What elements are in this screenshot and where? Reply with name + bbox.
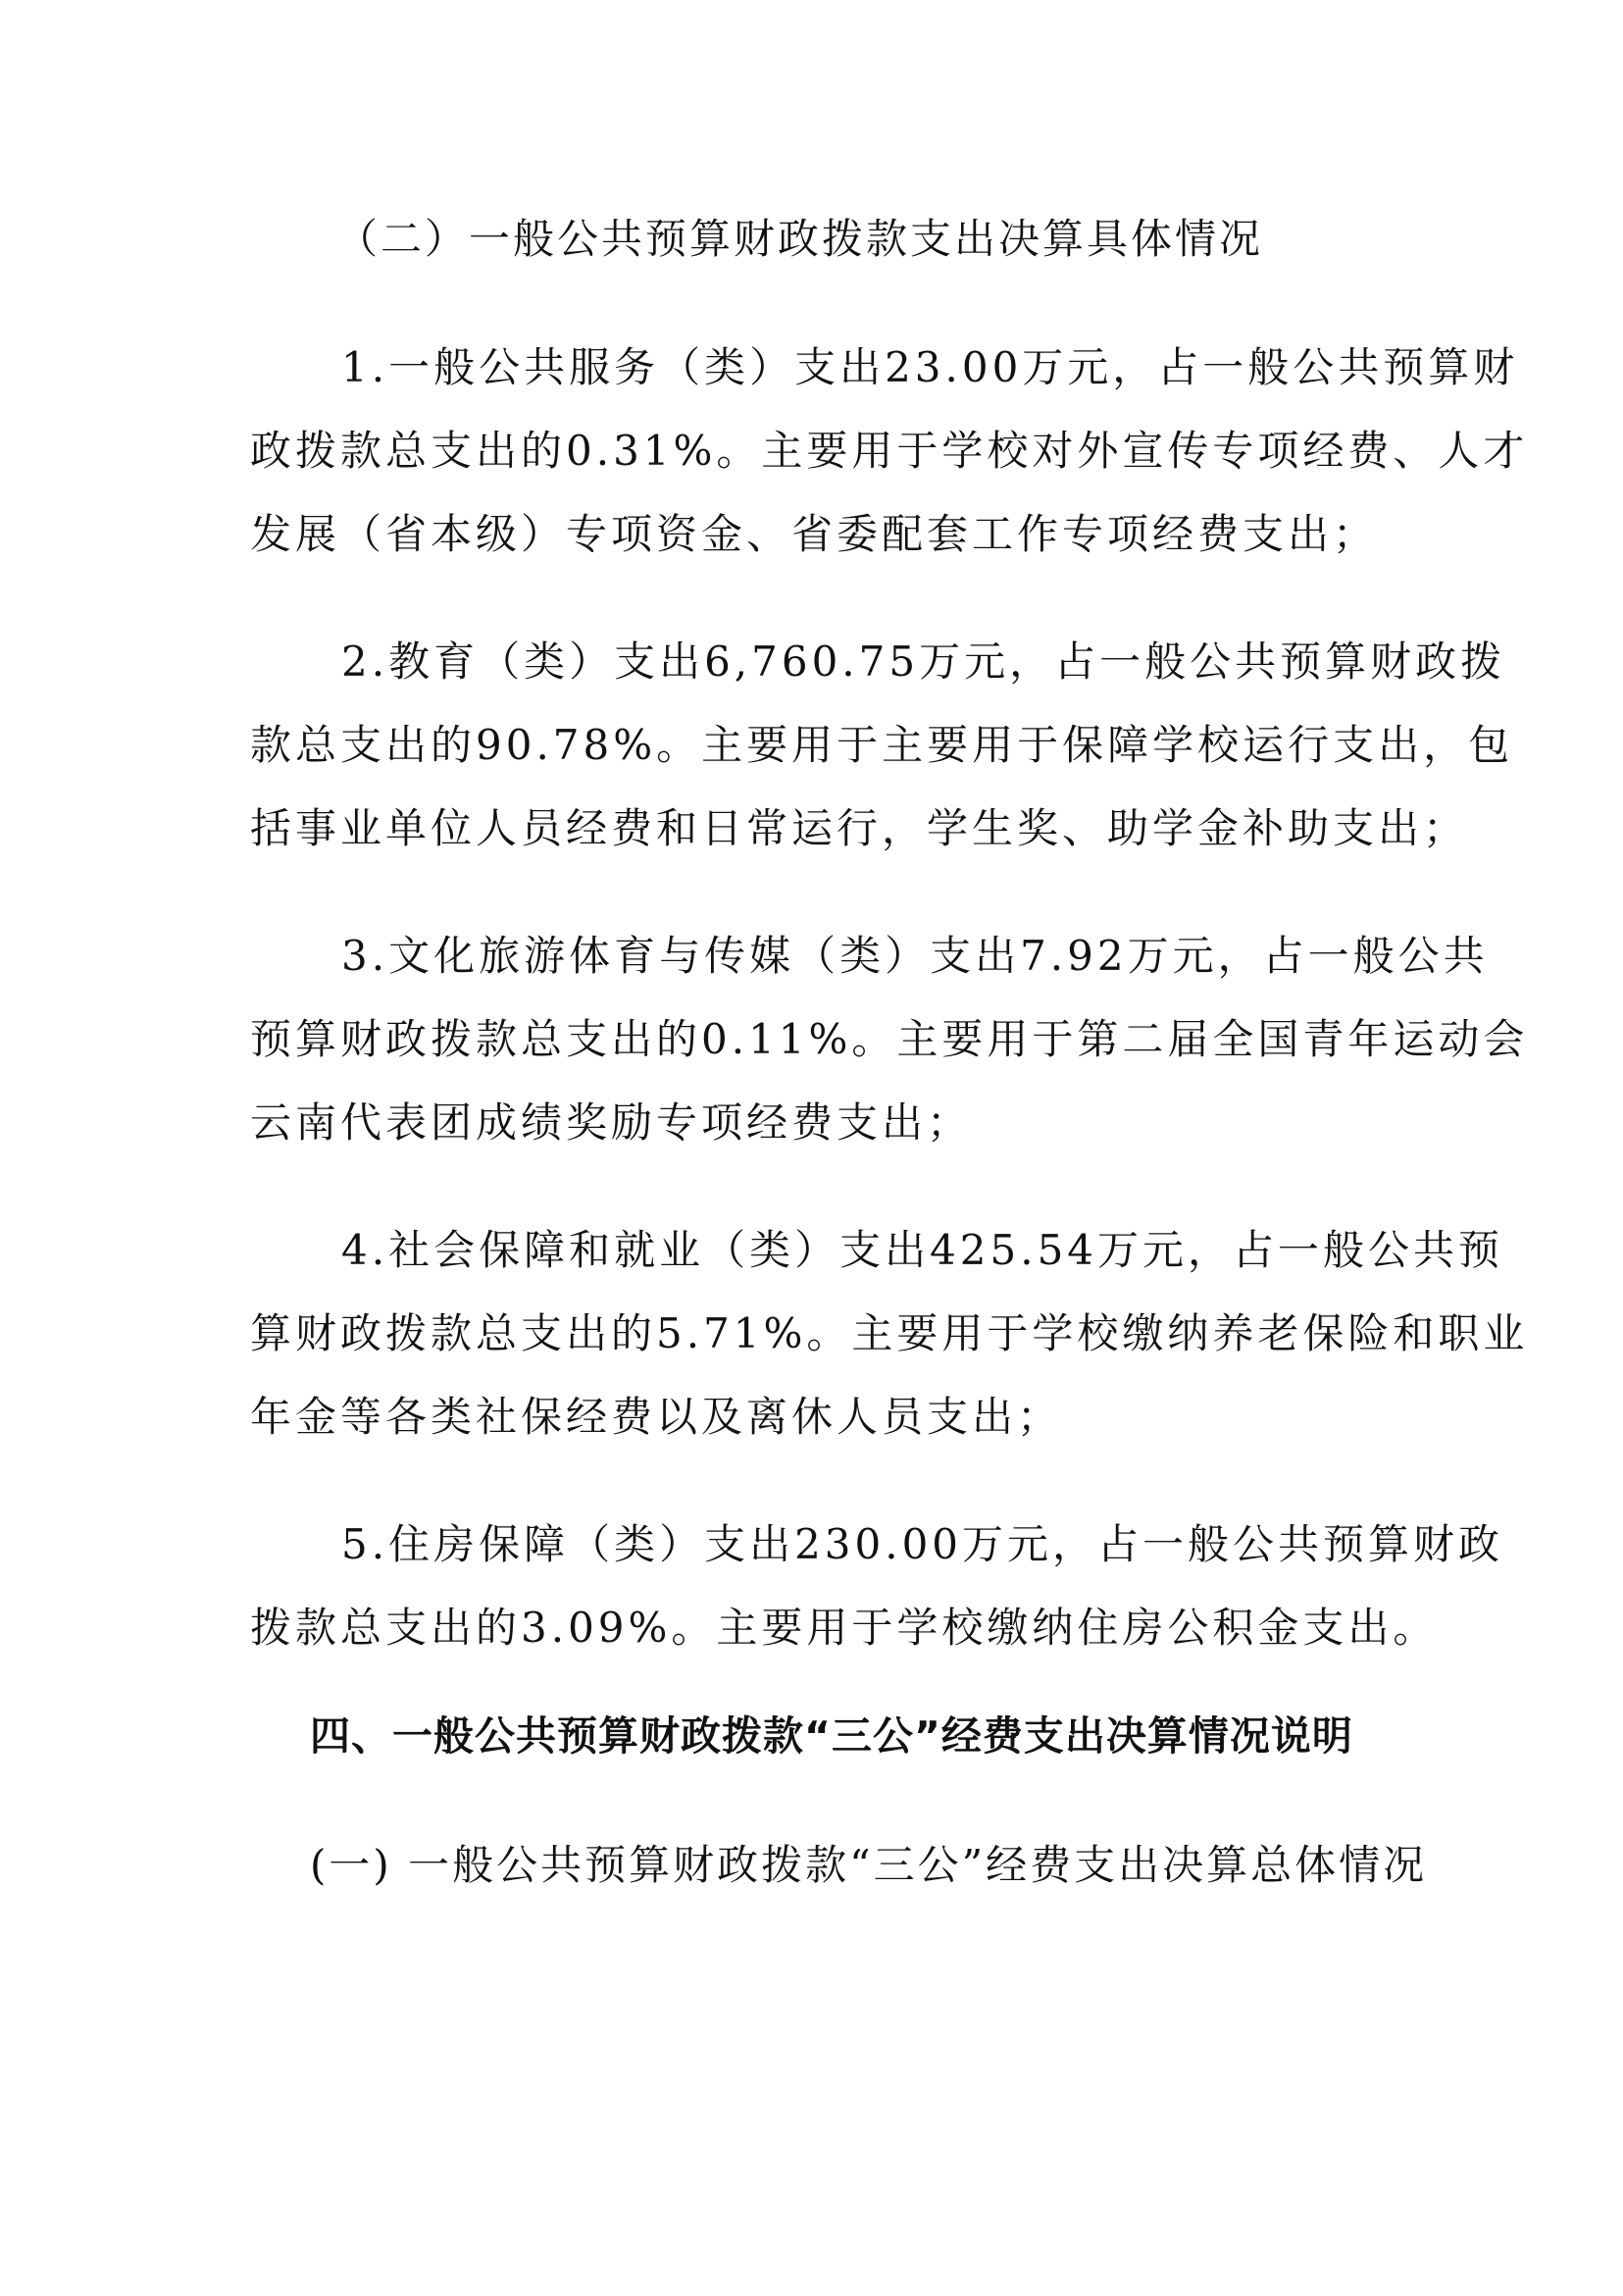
paragraph-line: 款总支出的90.78%。主要用于主要用于保障学校运行支出，包 [250,716,1513,775]
document-page: （二）一般公共预算财政拨款支出决算具体情况 1.一般公共服务（类）支出23.00… [0,0,1623,2296]
section-heading-4: 四、一般公共预算财政拨款“三公”经费支出决算情况说明 [310,1707,1353,1765]
paragraph-line: 年金等各类社保经费以及离休人员支出； [250,1388,1062,1447]
paragraph-line: 5.住房保障（类）支出230.00万元，占一般公共预算财政 [341,1515,1503,1574]
paragraph-line: 4.社会保障和就业（类）支出425.54万元，占一般公共预 [341,1221,1503,1280]
paragraph-line: 发展（省本级）专项资金、省委配套工作专项经费支出； [250,505,1378,564]
paragraph-line: 1.一般公共服务（类）支出23.00万元，占一般公共预算财 [341,338,1518,397]
paragraph-line: 云南代表团成绩奖励专项经费支出； [250,1094,972,1152]
subsection-heading-2: （二）一般公共预算财政拨款支出决算具体情况 [336,210,1263,269]
paragraph-line: 政拨款总支出的0.31%。主要用于学校对外宣传专项经费、人才 [250,422,1528,481]
paragraph-line: 拨款总支出的3.09%。主要用于学校缴纳住房公积金支出。 [250,1599,1438,1658]
subsection-heading-1: (一) 一般公共预算财政拨款“三公”经费支出决算总体情况 [310,1836,1427,1895]
paragraph-line: 2.教育（类）支出6,760.75万元，占一般公共预算财政拨 [341,633,1505,691]
paragraph-line: 算财政拨款总支出的5.71%。主要用于学校缴纳养老保险和职业 [250,1304,1528,1363]
paragraph-line: 预算财政拨款总支出的0.11%。主要用于第二届全国青年运动会 [250,1010,1528,1069]
paragraph-line: 3.文化旅游体育与传媒（类）支出7.92万元，占一般公共 [341,927,1489,986]
paragraph-line: 括事业单位人员经费和日常运行，学生奖、助学金补助支出； [250,799,1468,858]
